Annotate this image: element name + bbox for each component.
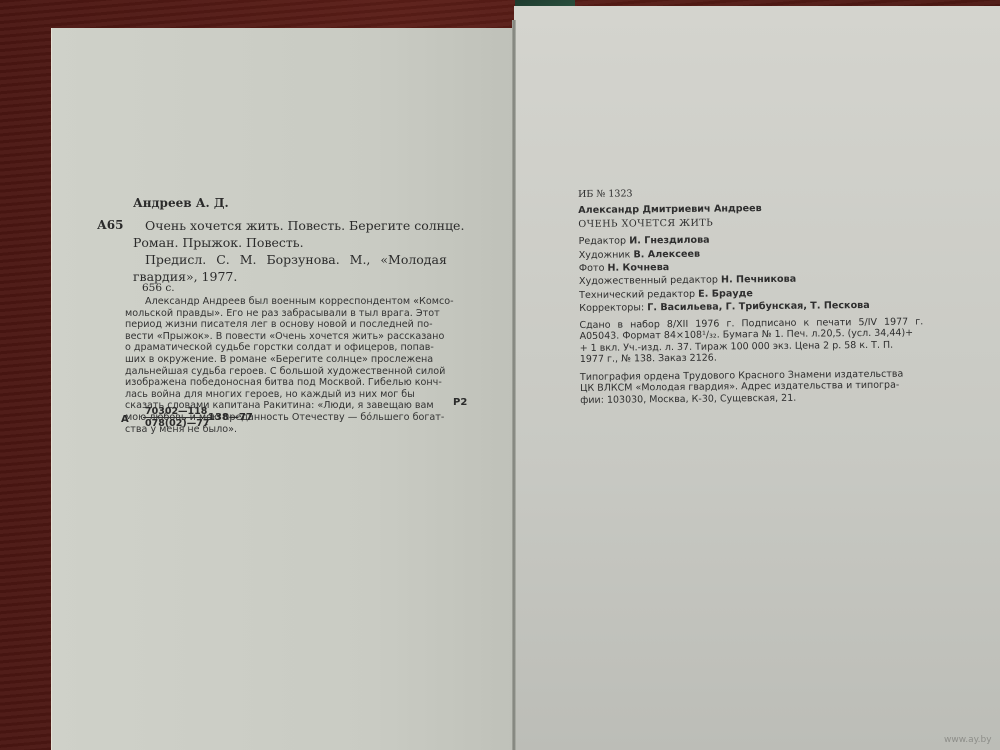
ib-number: ИБ № 1323	[578, 184, 922, 201]
annotation-line: дальнейшая судьба героев. С большой худо…	[125, 366, 473, 378]
catalog-title-line: Очень хочется жить. Повесть. Берегите со…	[133, 217, 464, 234]
colophon-author: Александр Дмитриевич Андреев	[578, 203, 762, 216]
catalog-publication-line: Предисл. С. М. Борзунова. М., «Молодая	[133, 251, 464, 268]
print-details: Сдано в набор 8/XII 1976 г. Подписано к …	[579, 316, 923, 366]
colophon: ИБ № 1323 Александр Дмитриевич Андреев О…	[578, 184, 924, 406]
index-fraction: 70302—118 078(02)—77	[143, 406, 211, 429]
book-gutter	[512, 20, 516, 750]
index-suffix: 138—77	[208, 412, 253, 423]
catalog-page-count: 656 с.	[142, 282, 175, 294]
annotation-line: период жизни писателя лег в основу новой…	[125, 319, 473, 331]
catalog-title-line: Роман. Прыжок. Повесть.	[133, 234, 464, 251]
annotation-line: вести «Прыжок». В повести «Очень хочется…	[125, 331, 473, 343]
catalog-author: Андреев А. Д.	[133, 196, 229, 210]
index-denominator: 078(02)—77	[143, 418, 211, 429]
watermark: www.ay.by	[944, 735, 992, 745]
annotation-line: лась война для многих героев, но каждый …	[125, 389, 473, 401]
annotation-line: Александр Андреев был военным корреспонд…	[125, 296, 473, 308]
annotation-line: ших в окружение. В романе «Берегите солн…	[125, 354, 473, 366]
catalog-publication-line: гвардия», 1977.	[133, 268, 464, 285]
annotation-line: изображена победоносная битва под Москво…	[125, 377, 473, 389]
catalog-call-number: А65	[97, 218, 123, 232]
catalog-bibliographic-entry: Очень хочется жить. Повесть. Берегите со…	[133, 217, 464, 285]
annotation-line: мольской правды». Его не раз забрасывали…	[125, 308, 473, 320]
annotation-line: о драматической судьбе горстки солдат и …	[125, 342, 473, 354]
index-letter: А	[121, 414, 129, 425]
index-numerator: 70302—118	[143, 406, 211, 418]
printer-info: Типография ордена Трудового Красного Зна…	[580, 368, 924, 406]
classification-code: Р2	[453, 397, 467, 408]
